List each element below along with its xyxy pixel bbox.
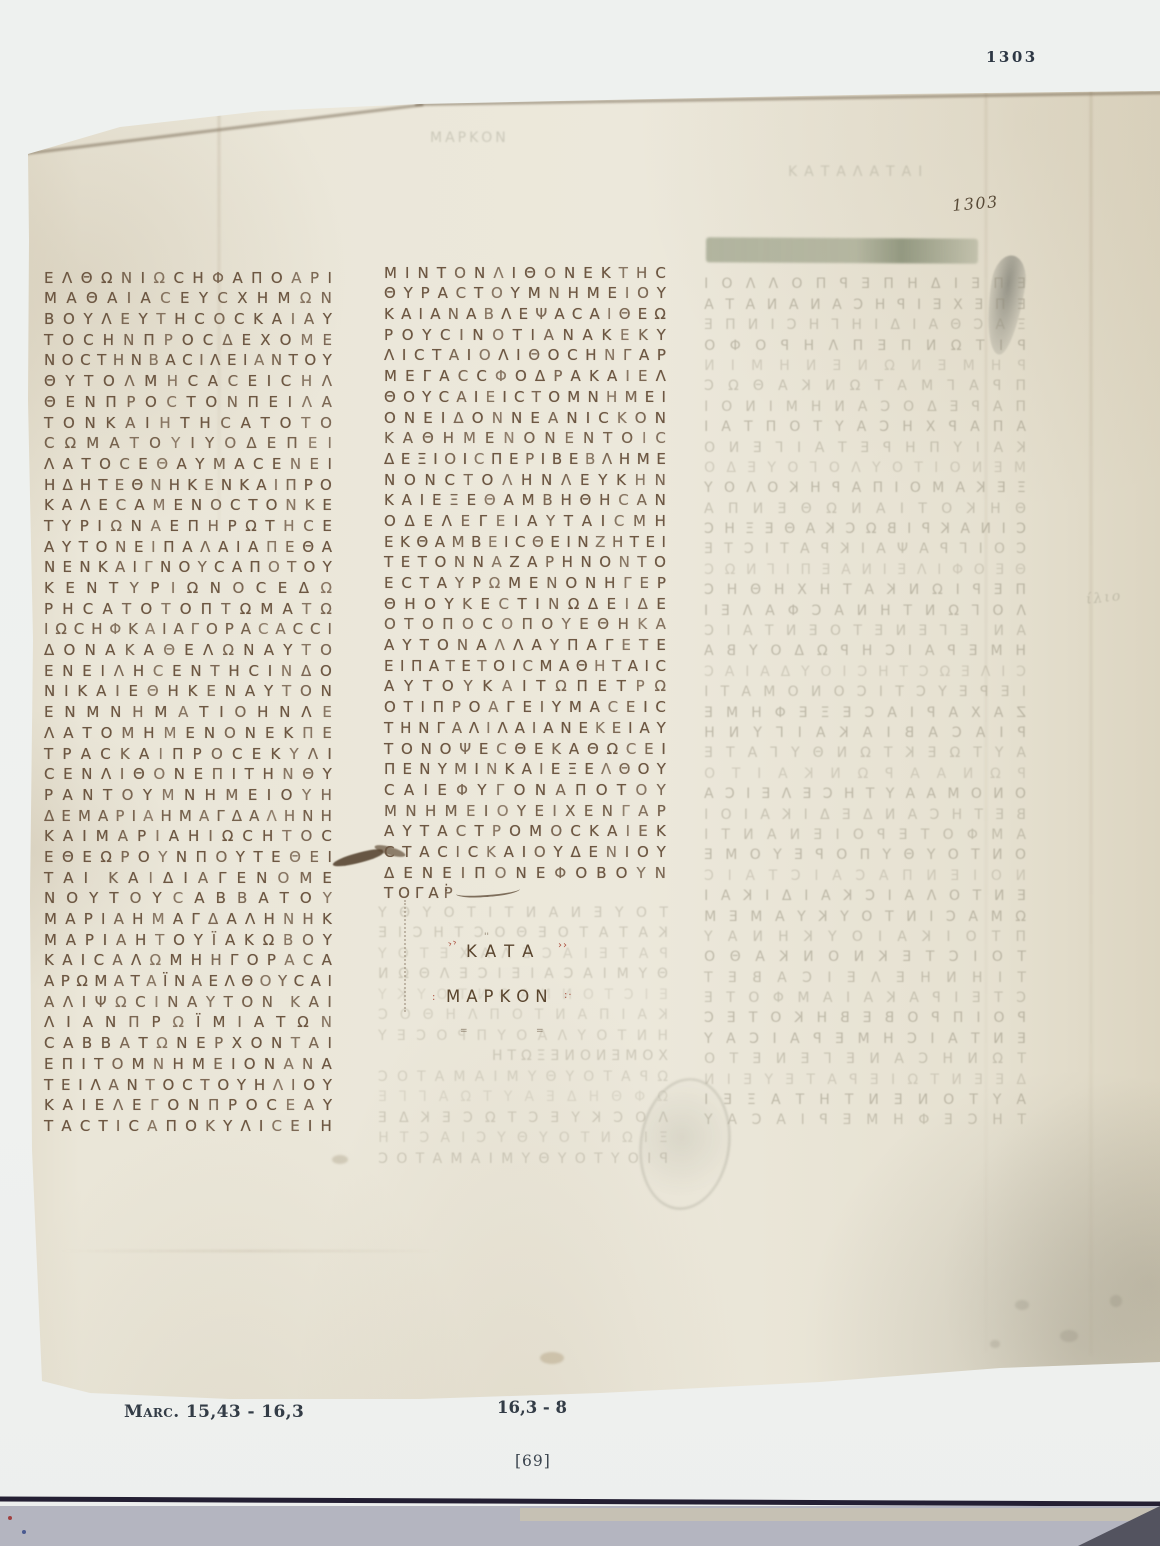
green-smudge-stain <box>706 237 978 263</box>
book-edge-strip <box>520 1508 1160 1521</box>
handwritten-page-number: 1303 <box>951 192 999 215</box>
crease <box>1090 85 1092 1355</box>
flourish-colon: : <box>444 879 449 895</box>
parchment-top-edge <box>415 91 1160 106</box>
caption-column1-reference: Marc. 15,43 - 16,3 <box>124 1402 304 1422</box>
facsimile-book-page: 1303 ΜΑΡΚΟΝ ΚΑΤΑΛΑΤΑΙ 1303 ξβ ίλιο ΕΛΘΩΝ… <box>0 0 1160 1546</box>
faded-running-title: ΜΑΡΚΟΝ <box>430 130 509 146</box>
margin-section-number: ξβ <box>6 858 24 873</box>
red-ornament: ›› <box>558 940 568 951</box>
colophon-kata: ΚΑΤΑ <box>466 942 600 961</box>
margin-scribble: ίλιο <box>1085 588 1123 608</box>
caption-column2-reference: 16,3 - 8 <box>497 1398 567 1417</box>
gray-ornament: = <box>536 1026 544 1036</box>
plate-number: [69] <box>515 1452 551 1470</box>
manuscript-page: ΜΑΡΚΟΝ ΚΑΤΑΛΑΤΑΙ 1303 ξβ ίλιο ΕΛΘΩΝΙΩϹΗΦ… <box>0 0 1160 1546</box>
showthrough-under-column-2: ΤΟΥΕΝΑΝΤΙΤΟΥΘΥΚΑΤΑΤΟΕΘΟϹΤΗϹΙΕΡΑΤΕΙΑϹΕΛΑΧ… <box>378 900 668 1167</box>
gray-ornament: '' <box>484 932 489 942</box>
faded-inscription: ΚΑΤΑΛΑΤΑΙ <box>788 164 929 180</box>
blank-column-showthrough: ΕΠΕΙΔΗΠΕΡΠΟΛΛΟΙΕΠΕΧΕΙΡΗϹΑΝΑΝΑΤΑΞΑϹΘΑΙΔΙΗ… <box>704 272 1026 1128</box>
speckle <box>1060 1330 1078 1342</box>
text-column-1: ΕΛΘΩΝΙΩϹΗΦΑΠΟΑΡΙΜΑΘΑΙΑϹΕΥϹΧΗΜΩΝΒΟΥΛΕΥΤΗϹ… <box>44 266 332 1135</box>
crease <box>60 1250 440 1252</box>
small-stain <box>540 1352 564 1364</box>
speckle <box>990 1340 1000 1348</box>
gray-ornament: = <box>460 1026 468 1036</box>
speckle <box>1015 1300 1029 1310</box>
red-ornament: : <box>432 992 436 1003</box>
printed-page-number: 1303 <box>986 48 1038 66</box>
red-ornament: :· <box>564 990 573 1001</box>
speckle <box>1110 1295 1122 1307</box>
speck <box>22 1530 26 1534</box>
colophon: ›› '' ›› : :· = = ΚΑΤΑ ΜΑΡΚΟΝ <box>440 942 600 1006</box>
parchment-top-edge <box>26 103 423 155</box>
small-stain <box>332 1155 348 1164</box>
text-column-2: ΜΙΝΤΟΝΛΙΘΟΝΕΚΤΗϹΘΥΡΑϹΤΟΥΜΝΗΜΕΙΟΥΚΑΙΑΝΑΒΛ… <box>384 261 666 902</box>
colophon-markon: ΜΑΡΚΟΝ <box>446 987 600 1006</box>
speck <box>8 1516 12 1520</box>
